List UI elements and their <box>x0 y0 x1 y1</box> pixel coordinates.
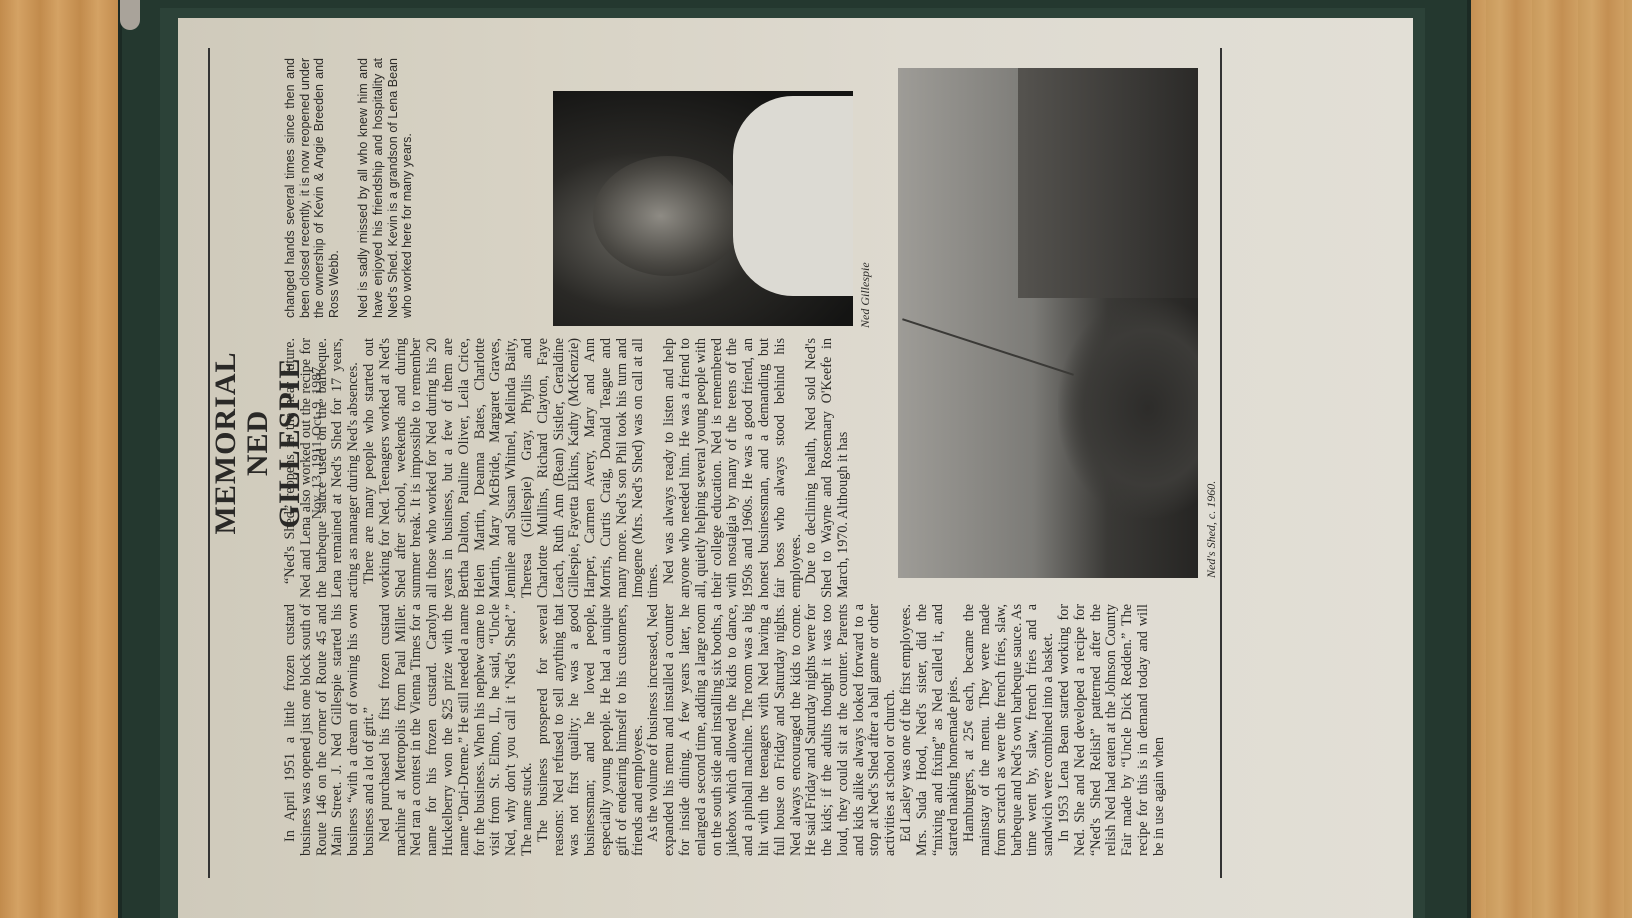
article-column-3: changed hands several times since then a… <box>283 58 430 318</box>
article-column-2: “Ned's Shed” reopens in the near future.… <box>283 338 852 598</box>
paragraph: Ned was always ready to listen and help … <box>662 338 804 598</box>
paragraph: As the volume of business increased, Ned… <box>646 604 899 856</box>
wood-table-left <box>0 0 125 918</box>
shed-photo <box>898 68 1198 578</box>
paragraph: The business prospered for several reaso… <box>536 604 647 856</box>
paragraph: changed hands several times since then a… <box>283 58 341 318</box>
paragraph: In April 1951 a little frozen custard bu… <box>283 604 378 856</box>
tree <box>1058 298 1198 518</box>
paragraph: In 1953 Lena Bean started working for Ne… <box>1057 604 1168 856</box>
portrait-face <box>593 156 743 276</box>
article-column-1: In April 1951 a little frozen custard bu… <box>283 604 1168 856</box>
title-memorial: MEMORIAL <box>210 328 242 558</box>
paragraph: Hamburgers, at 25¢ each, became the main… <box>962 604 1057 856</box>
paragraph: Ned is sadly missed by all who knew him … <box>356 58 414 318</box>
paragraph: Ned purchased his first frozen custard m… <box>378 604 536 856</box>
portrait-photo <box>553 91 853 326</box>
shed-building <box>1018 68 1198 298</box>
paragraph: Ed Lasley was one of the first employees… <box>899 604 962 856</box>
portrait-caption: Ned Gillespie <box>858 262 873 328</box>
power-line <box>902 318 1074 376</box>
bottom-rule <box>1220 48 1222 878</box>
paragraph: “Ned's Shed” reopens in the near future.… <box>283 338 362 598</box>
binder-ring <box>120 0 140 30</box>
paragraph: Due to declining health, Ned sold Ned's … <box>804 338 851 598</box>
portrait-shirt <box>733 96 853 296</box>
rotated-article: MEMORIAL NED GILLESPIE Nov. 13, 1911-Oct… <box>178 18 1413 918</box>
shed-caption: Ned's Shed, c. 1960. <box>1204 481 1219 578</box>
paragraph: There are many people who started out wo… <box>362 338 662 598</box>
